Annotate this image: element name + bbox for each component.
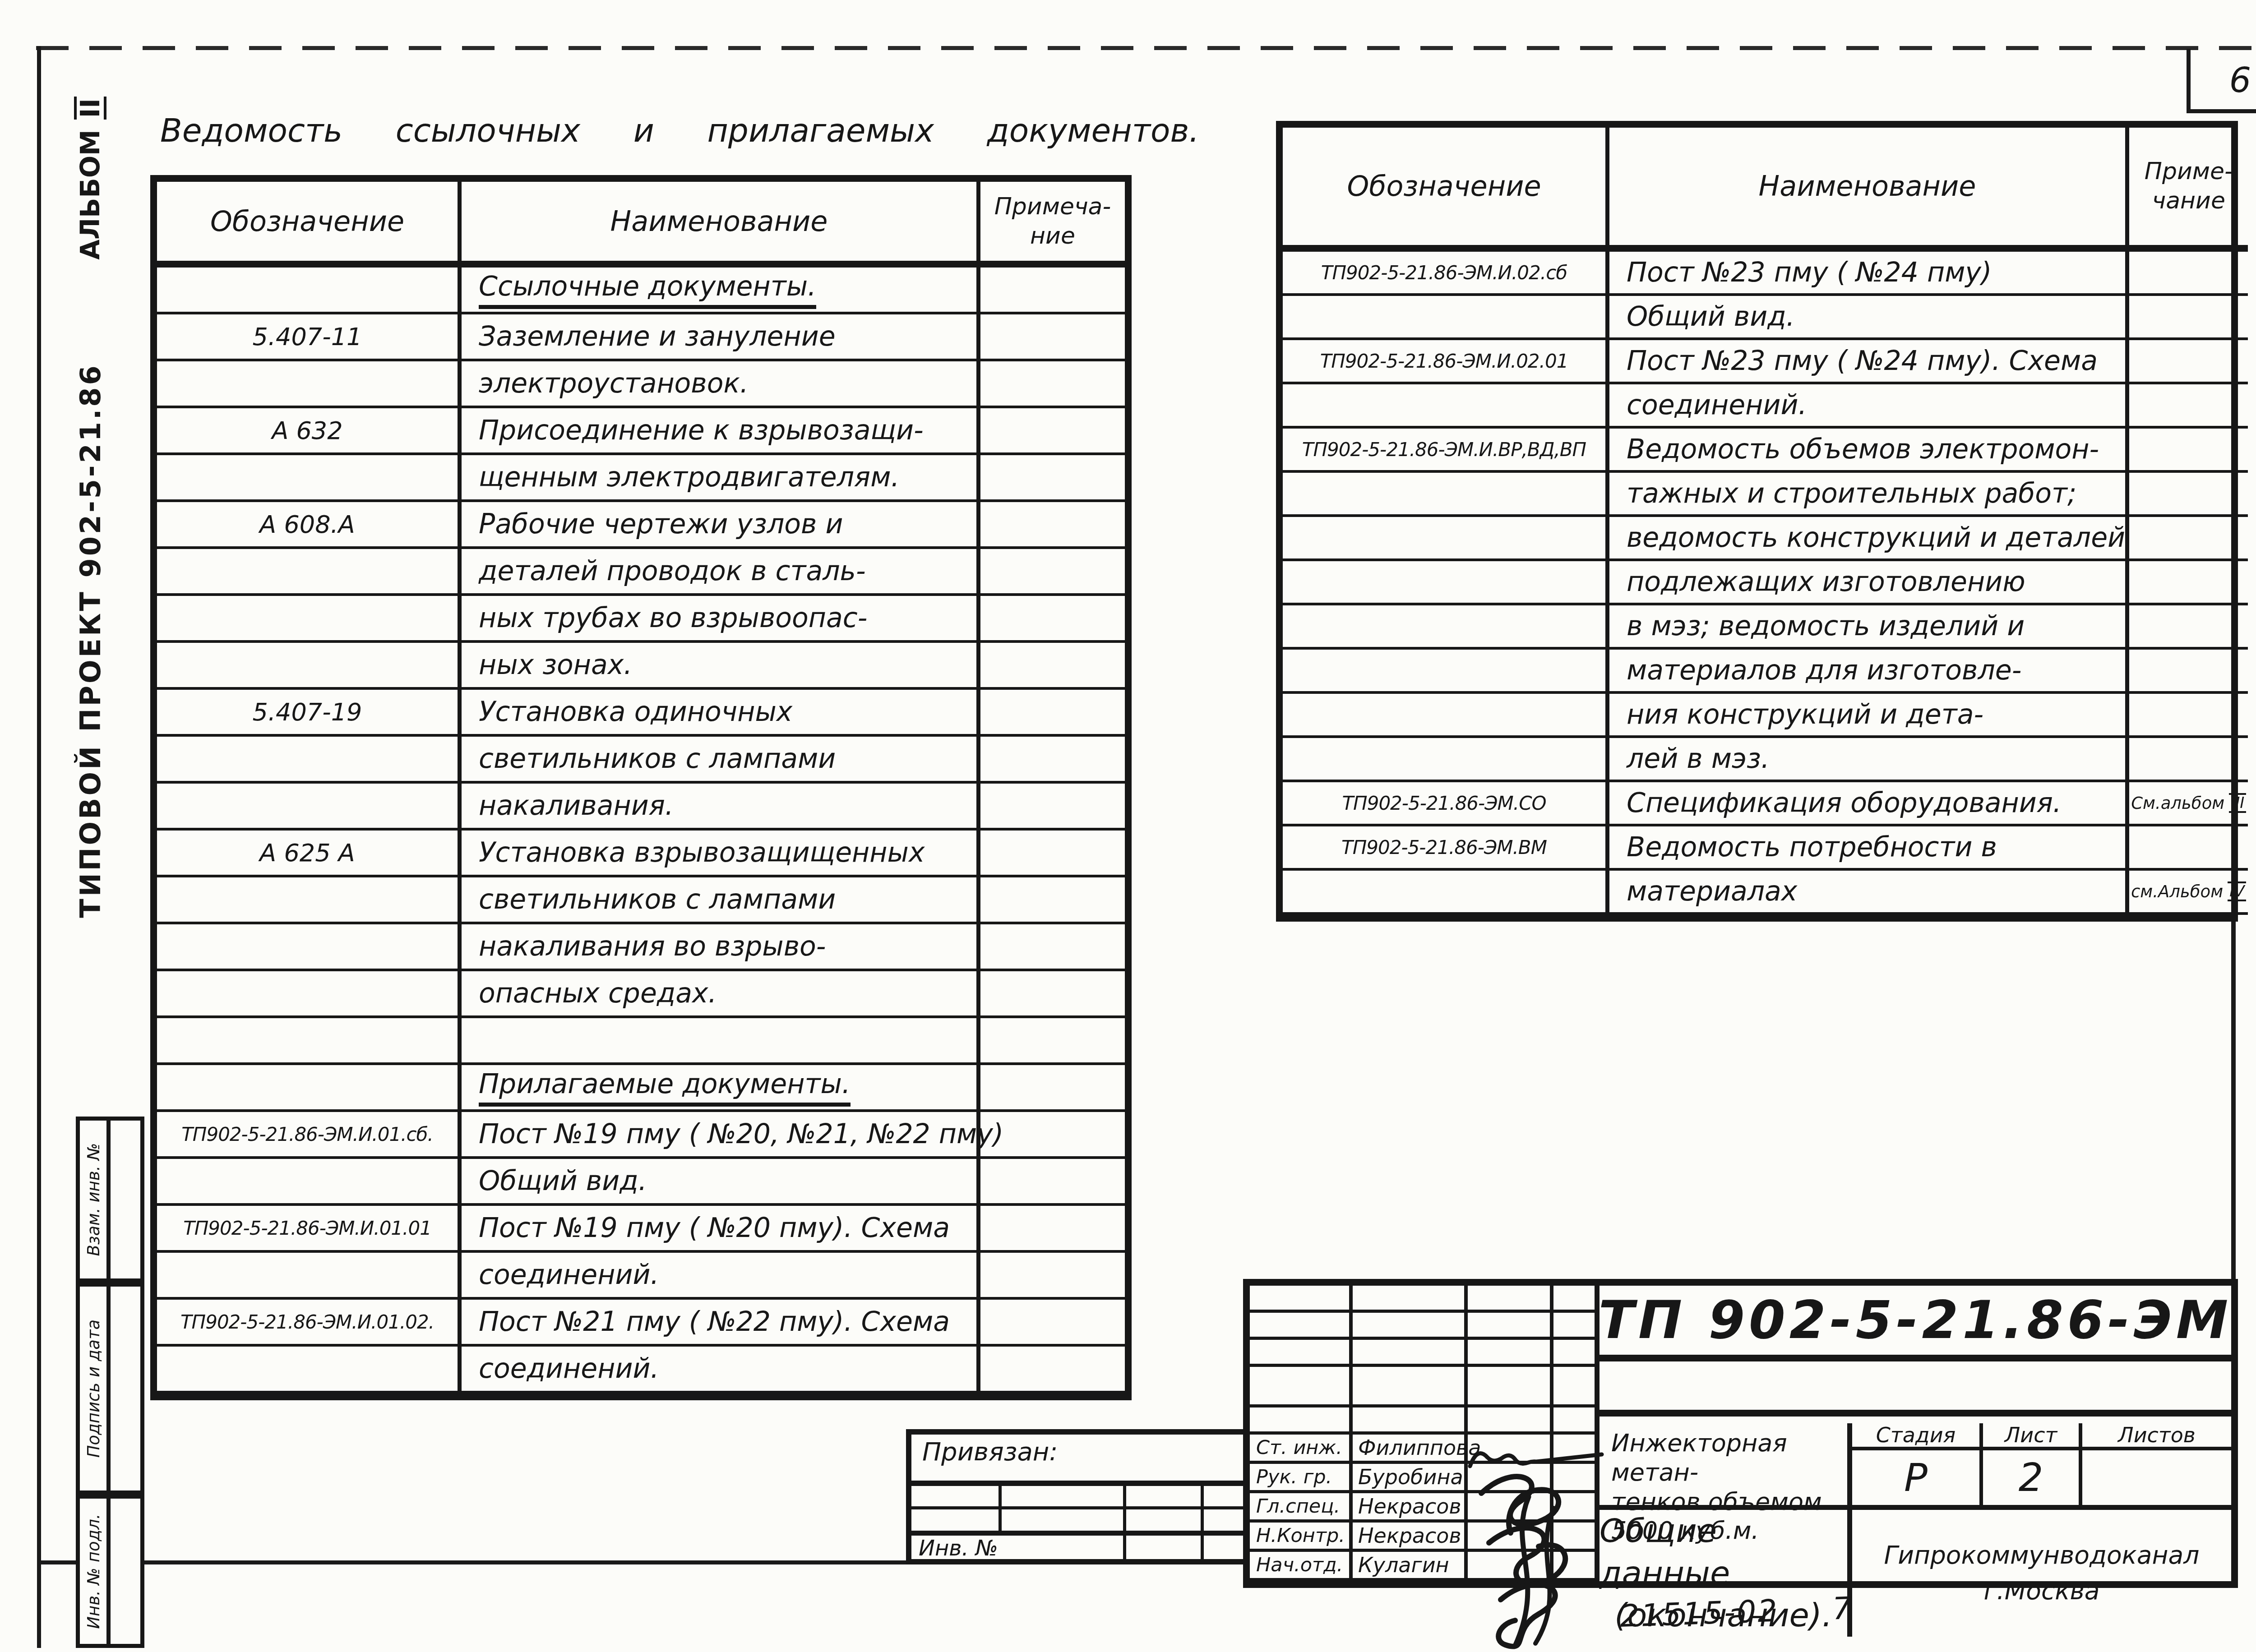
designation-cell (157, 1159, 462, 1206)
designation-cell (157, 784, 462, 831)
name-cell: Ведомость объемов электромон- (1609, 429, 2129, 473)
name-cell: Пост №21 пму ( №22 пму). Схема (462, 1300, 980, 1347)
column-header-designation: Обозначение (1283, 128, 1609, 252)
designation-cell: ТП902-5-21.86-ЭМ.СО (1283, 782, 1609, 826)
stage-value: Р (1852, 1450, 1983, 1510)
note-cell (980, 971, 1125, 1018)
column-header-note: Приме- чание (2129, 128, 2248, 252)
designation-cell (1283, 473, 1609, 517)
designation-cell: ТП902-5-21.86-ЭМ.И.02.сб (1283, 252, 1609, 296)
designation-cell: ТП902-5-21.86-ЭМ.ВМ (1283, 826, 1609, 871)
designation-cell (157, 737, 462, 784)
designation-cell: 5.407-19 (157, 690, 462, 737)
name-cell: Спецификация оборудования. (1609, 782, 2129, 826)
note-cell (980, 1112, 1125, 1159)
name-cell: Общий вид. (462, 1159, 980, 1206)
note-cell (980, 1253, 1125, 1300)
signature-scribble (1461, 1465, 1610, 1652)
stamp-box-empty-col (111, 1287, 140, 1490)
note-cell (2129, 826, 2248, 871)
designation-cell: 5.407-11 (157, 314, 462, 361)
name-cell: в мэз; ведомость изделий и (1609, 605, 2129, 650)
note-cell (2129, 517, 2248, 561)
note-cell (980, 502, 1125, 549)
note-cell (2129, 650, 2248, 694)
frame-left-line (37, 46, 41, 1648)
note-cell (2129, 694, 2248, 738)
designation-cell (1283, 650, 1609, 694)
stamp-box-label-col: Инв. № подл. (80, 1499, 111, 1644)
signature-name: Филиппова (1353, 1435, 1468, 1461)
name-cell: тажных и строительных работ; (1609, 473, 2129, 517)
designation-cell (1283, 561, 1609, 605)
signature-name: Кулагин (1353, 1552, 1468, 1578)
designation-cell (157, 1018, 462, 1065)
note-cell (980, 268, 1125, 314)
frame-bottom-line (39, 1560, 907, 1564)
note-cell (2129, 384, 2248, 429)
sheets-value (2082, 1450, 2231, 1510)
name-cell: Ссылочные документы. (462, 268, 980, 314)
attached-to-box: Привязан: (906, 1429, 1243, 1486)
column-header-designation: Обозначение (157, 182, 462, 268)
name-cell: Пост №19 пму ( №20, №21, №22 пму) (462, 1112, 980, 1159)
document-code: ТП 902-5-21.86-ЭМ (1600, 1286, 2231, 1361)
name-cell: Установка одиночных (462, 690, 980, 737)
designation-cell (157, 268, 462, 314)
name-cell: Ведомость потребности в (1609, 826, 2129, 871)
frame-top-dashed-line (36, 46, 2256, 50)
album-vertical-label: АЛЬБОМ II (68, 102, 113, 255)
note-cell (980, 596, 1125, 643)
stamp-box-empty-col (111, 1499, 140, 1644)
page-number-box-line (2187, 109, 2256, 113)
signature-role: Ст. инж. (1250, 1435, 1353, 1461)
designation-cell (157, 549, 462, 596)
name-cell: Рабочие чертежи узлов и (462, 502, 980, 549)
signature-role: Гл.спец. (1250, 1493, 1353, 1519)
note-cell: См.альбомIII (2129, 782, 2248, 826)
name-cell: ных трубах во взрывоопас- (462, 596, 980, 643)
note-cell (980, 643, 1125, 690)
note-cell (2129, 605, 2248, 650)
designation-cell (157, 643, 462, 690)
title-block-empty-band (1600, 1361, 2231, 1417)
designation-cell (157, 1347, 462, 1394)
note-cell (980, 924, 1125, 971)
name-cell: Пост №23 пму ( №24 пму). Схема (1609, 340, 2129, 384)
name-cell: щенным электродвигателям. (462, 455, 980, 502)
designation-cell (1283, 296, 1609, 340)
note-cell (980, 1159, 1125, 1206)
name-cell: накаливания. (462, 784, 980, 831)
name-cell: электроустановок. (462, 361, 980, 408)
stamp-box-inv-podl: Инв. № подл. (76, 1495, 144, 1648)
signature-role: Н.Контр. (1250, 1523, 1353, 1549)
note-cell (980, 690, 1125, 737)
name-cell: материалов для изготовле- (1609, 650, 2129, 694)
object-name: Инжекторная метан- тенков объемом 5000 к… (1600, 1423, 1852, 1510)
name-cell: светильников с лампами (462, 877, 980, 924)
designation-cell: А 625 А (157, 831, 462, 877)
name-cell: Общий вид. (1609, 296, 2129, 340)
designation-cell (157, 924, 462, 971)
stamp-box-label-col: Подпись и дата (80, 1287, 111, 1490)
name-cell: лей в мэз. (1609, 738, 2129, 782)
note-cell (980, 877, 1125, 924)
name-cell: светильников с лампами (462, 737, 980, 784)
note-cell (980, 549, 1125, 596)
stamp-box-label-col: Взам. инв. № (80, 1121, 111, 1278)
album-roman-numeral: II (74, 97, 106, 120)
note-cell (2129, 561, 2248, 605)
stage-header: Стадия (1852, 1423, 1983, 1450)
sheets-header: Листов (2082, 1423, 2231, 1450)
designation-cell: ТП902-5-21.86-ЭМ.И.ВР,ВД,ВП (1283, 429, 1609, 473)
referenced-documents-table: Обозначение Наименование Примеча- ние Сс… (150, 175, 1132, 1400)
grid-row (911, 1509, 1243, 1536)
title-block-bottom: Инжекторная метан- тенков объемом 5000 к… (1600, 1423, 2231, 1581)
stamp-label-text: Инв. № подл. (83, 1514, 103, 1629)
stamp-label-text: Подпись и дата (83, 1320, 103, 1458)
designation-cell (157, 1065, 462, 1112)
signature-name: Некрасов (1353, 1493, 1468, 1519)
name-cell: опасных средах. (462, 971, 980, 1018)
designation-cell (157, 1253, 462, 1300)
column-header-note: Примеча- ние (980, 182, 1125, 268)
footer-page-number: 7 (1832, 1591, 1854, 1627)
note-cell (980, 1065, 1125, 1112)
grid-row (911, 1486, 1243, 1509)
designation-cell (1283, 517, 1609, 561)
stamp-label-text: Взам. инв. № (83, 1143, 103, 1256)
designation-cell: А 632 (157, 408, 462, 455)
designation-cell: ТП902-5-21.86-ЭМ.И.01.01 (157, 1206, 462, 1253)
note-cell (980, 1018, 1125, 1065)
sheet-header: Лист (1983, 1423, 2082, 1450)
inventory-number-label: Инв. № (911, 1536, 1126, 1561)
sheet-value: 2 (1983, 1450, 2082, 1510)
stamp-box-vzam-inv: Взам. инв. № (76, 1117, 144, 1283)
designation-cell (1283, 694, 1609, 738)
scanned-drawing-sheet: 6 АЛЬБОМ II ТИПОВОЙ ПРОЕКТ 902-5-21.86 В… (0, 0, 2256, 1652)
frame-right-line (2231, 918, 2236, 1283)
designation-cell (157, 877, 462, 924)
organization-name: Гипрокоммунводоканал г.Москва (1852, 1510, 2231, 1637)
designation-cell (1283, 605, 1609, 650)
left-table-title: Ведомость ссылочных и прилагаемых докуме… (160, 112, 1135, 149)
designation-cell: А 608.А (157, 502, 462, 549)
page-number: 6 (2192, 53, 2256, 106)
designation-cell: ТП902-5-21.86-ЭМ.И.01.сб. (157, 1112, 462, 1159)
designation-cell: ТП902-5-21.86-ЭМ.И.01.02. (157, 1300, 462, 1347)
title-block-main: ТП 902-5-21.86-ЭМ Инжекторная метан- тен… (1600, 1286, 2231, 1581)
name-cell: Прилагаемые документы. (462, 1065, 980, 1112)
designation-cell (1283, 871, 1609, 915)
note-cell (2129, 473, 2248, 517)
column-header-name: Наименование (1609, 128, 2129, 252)
name-cell: Установка взрывозащищенных (462, 831, 980, 877)
project-vertical-label: ТИПОВОЙ ПРОЕКТ 902-5-21.86 (68, 347, 113, 934)
name-cell: ных зонах. (462, 643, 980, 690)
name-cell: соединений. (1609, 384, 2129, 429)
signature-role: Рук. гр. (1250, 1464, 1353, 1490)
note-cell (980, 361, 1125, 408)
note-cell (980, 314, 1125, 361)
stamp-box-empty-col (111, 1121, 140, 1278)
title-block: Ст. инж. Филиппова Рук. гр. Буробина Гл.… (1243, 1279, 2238, 1588)
designation-cell (157, 455, 462, 502)
designation-cell (1283, 384, 1609, 429)
name-cell: Пост №19 пму ( №20 пму). Схема (462, 1206, 980, 1253)
page-number-box-line (2187, 49, 2191, 112)
name-cell: ведомость конструкций и деталей (1609, 517, 2129, 561)
note-cell (980, 737, 1125, 784)
name-cell: деталей проводок в сталь- (462, 549, 980, 596)
note-cell (2129, 340, 2248, 384)
designation-cell (157, 971, 462, 1018)
note-cell (980, 1206, 1125, 1253)
designation-cell (1283, 738, 1609, 782)
album-label: АЛЬБОМ (75, 129, 106, 260)
inventory-grid: Инв. № (906, 1486, 1243, 1564)
designation-cell (157, 596, 462, 643)
name-cell: накаливания во взрыво- (462, 924, 980, 971)
note-cell (980, 784, 1125, 831)
name-cell: подлежащих изготовлению (1609, 561, 2129, 605)
signature-role: Нач.отд. (1250, 1552, 1353, 1578)
note-cell (980, 455, 1125, 502)
note-cell (2129, 738, 2248, 782)
inventory-number-row: Инв. № (911, 1536, 1243, 1561)
name-cell: ния конструкций и дета- (1609, 694, 2129, 738)
note-cell (980, 408, 1125, 455)
note-cell (980, 831, 1125, 877)
signature-name: Некрасов (1353, 1523, 1468, 1549)
footer-doc-number: 21515-02 (1619, 1593, 1779, 1634)
name-cell: Пост №23 пму ( №24 пму) (1609, 252, 2129, 296)
note-cell (980, 1300, 1125, 1347)
note-cell: см.АльбомIV (2129, 871, 2248, 915)
name-cell: Присоединение к взрывозащи- (462, 408, 980, 455)
name-cell: соединений. (462, 1253, 980, 1300)
designation-cell (157, 361, 462, 408)
designation-cell: ТП902-5-21.86-ЭМ.И.02.01 (1283, 340, 1609, 384)
stamp-box-podpis-data: Подпись и дата (76, 1283, 144, 1495)
note-cell (2129, 429, 2248, 473)
column-header-name: Наименование (462, 182, 980, 268)
name-cell (462, 1018, 980, 1065)
name-cell: материалах (1609, 871, 2129, 915)
attached-documents-table: Обозначение Наименование Приме- чание ТП… (1276, 121, 2238, 922)
name-cell: соединений. (462, 1347, 980, 1394)
note-cell (2129, 252, 2248, 296)
name-cell: Заземление и зануление (462, 314, 980, 361)
note-cell (2129, 296, 2248, 340)
note-cell (980, 1347, 1125, 1394)
signature-name: Буробина (1353, 1464, 1468, 1490)
